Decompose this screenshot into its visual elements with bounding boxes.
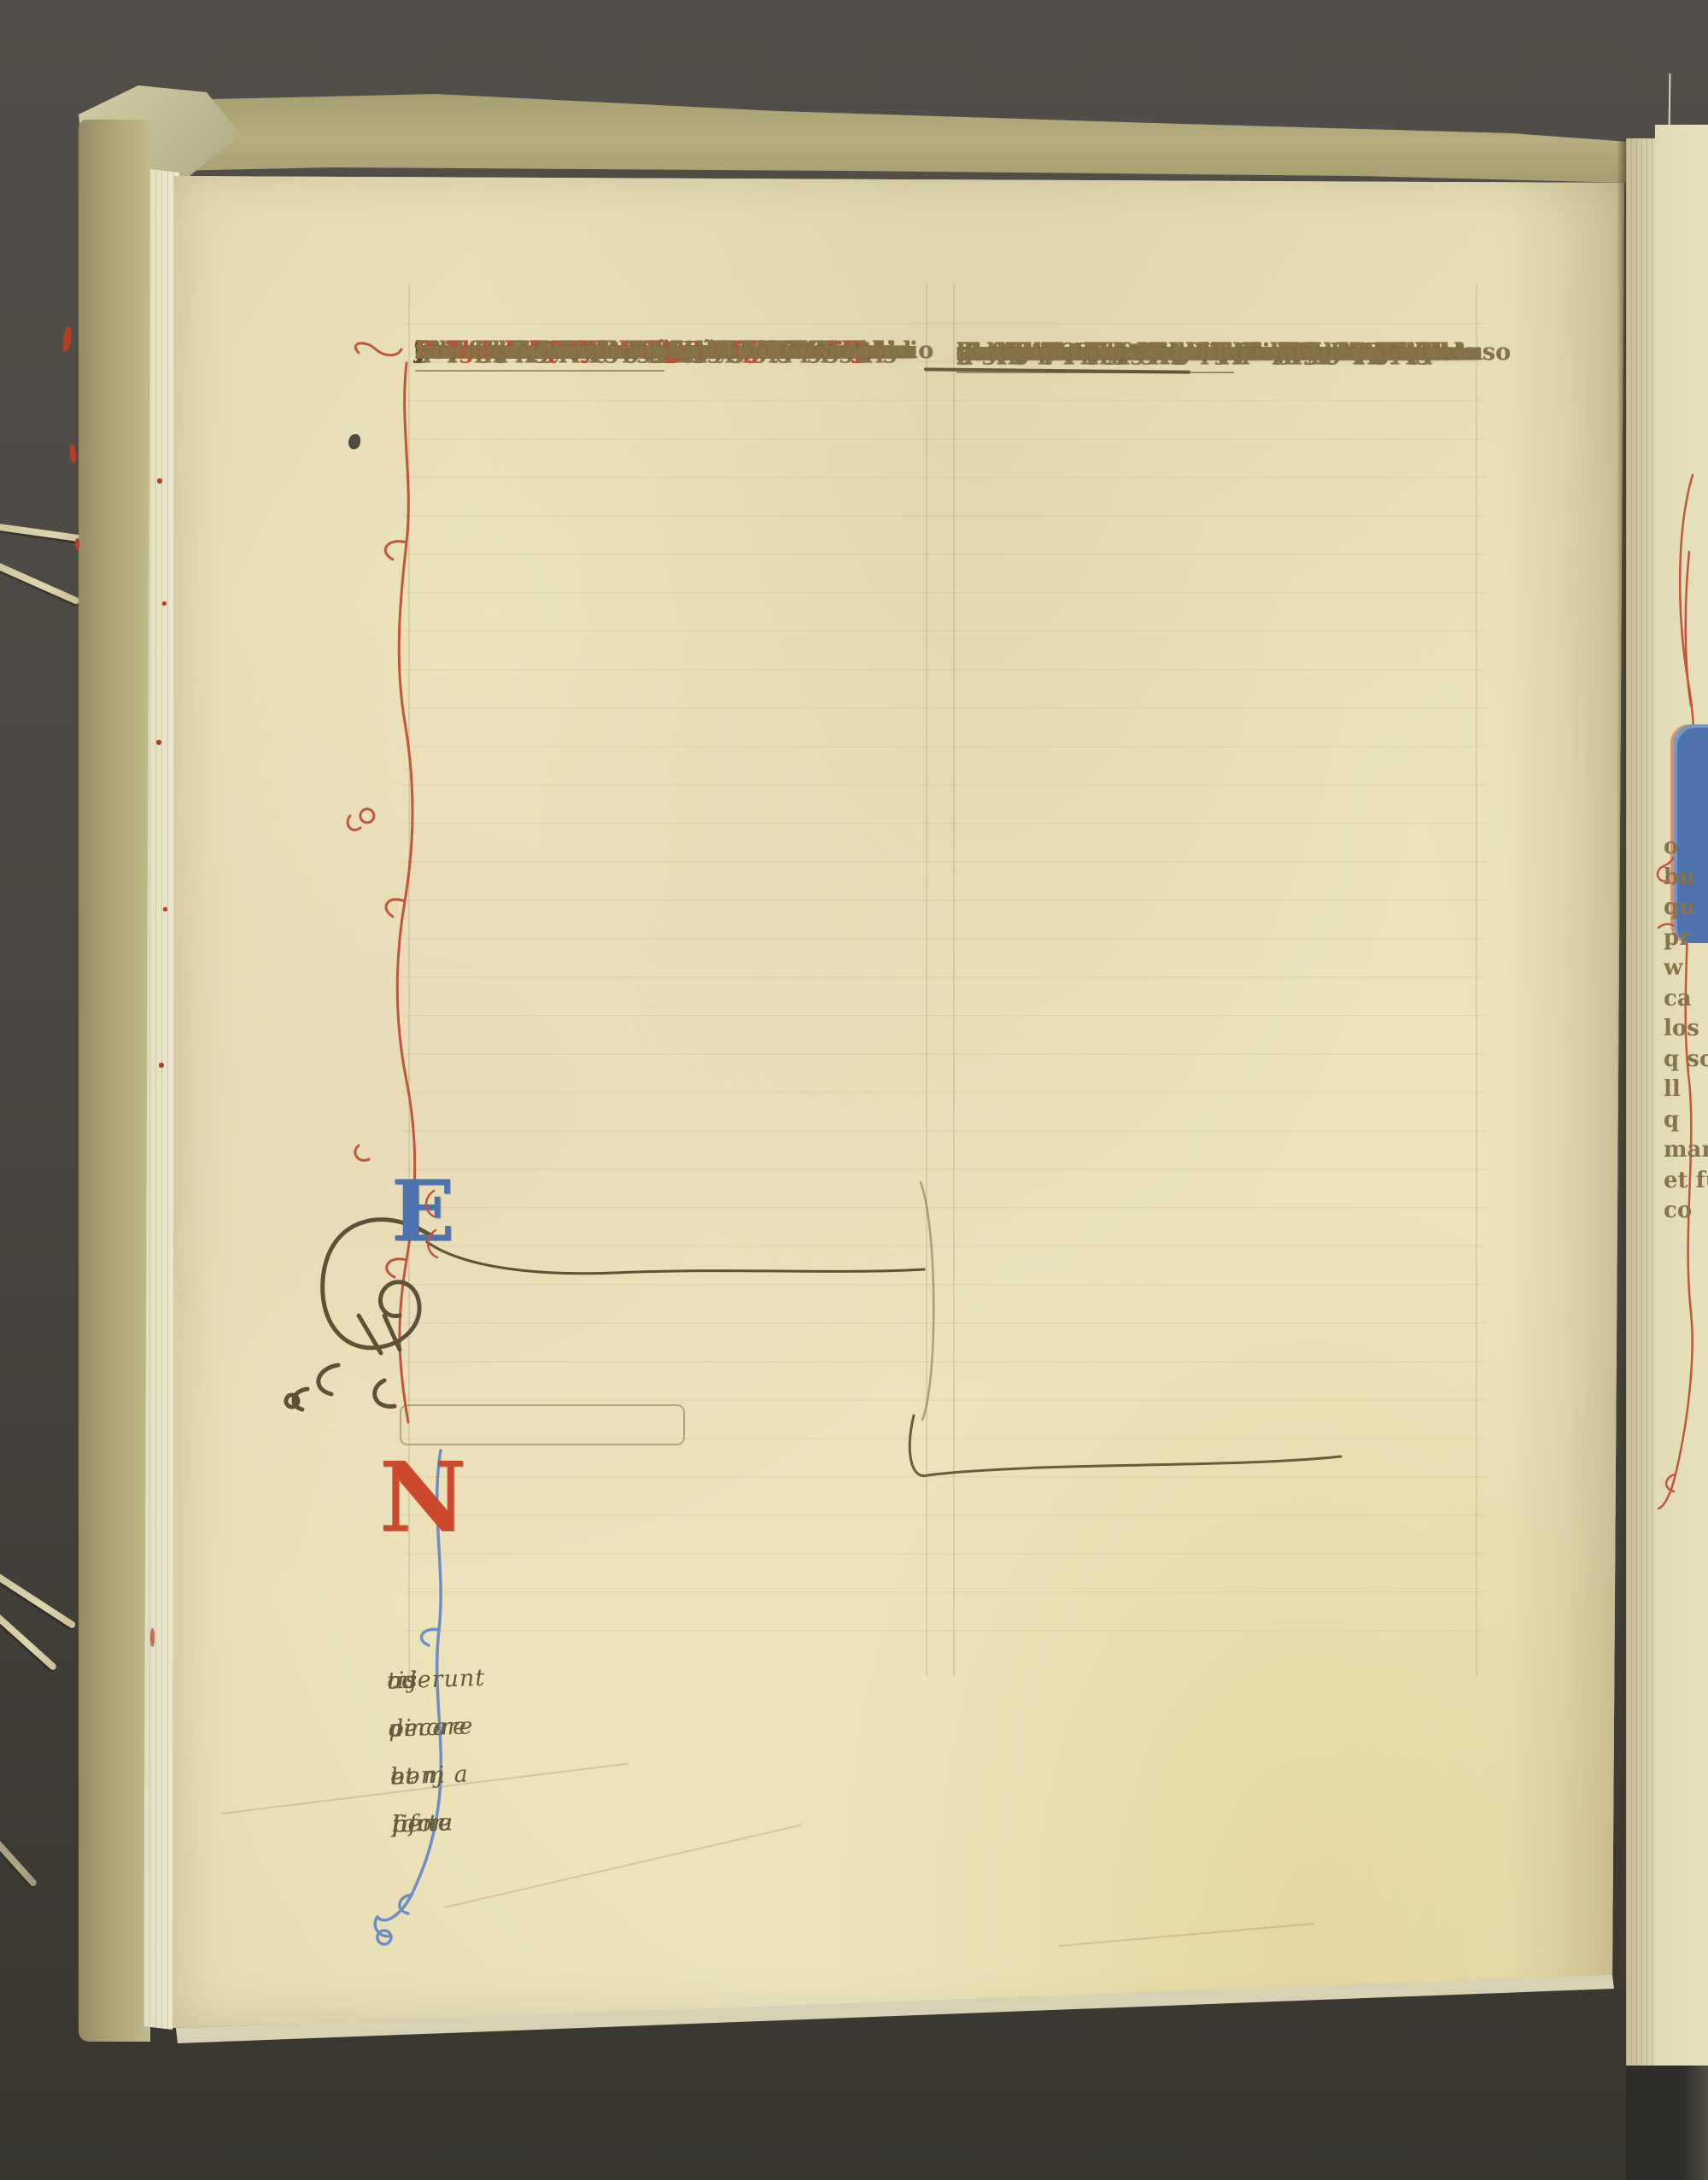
binding-tie [0,560,80,605]
red-paint-fleck [69,444,77,464]
red-paint-fleck [157,478,162,483]
red-paint-fleck [150,1628,155,1647]
initial-e-red-filigree [408,1177,459,1271]
next-folio-fore-edge [1626,138,1657,2079]
illuminated-initial-N: N [379,1450,466,1546]
folio-text-fragment: ca [1664,986,1708,1015]
folio-text-fragment: los [1664,1016,1708,1045]
bottom-right-shadow [1626,2066,1708,2180]
red-paint-fleck [75,538,79,550]
folio-text-fragment: o [1664,834,1708,863]
pen-underline-hook [888,1407,1349,1492]
folio-text-fragment: bu [1664,864,1708,894]
red-paint-fleck [163,907,167,911]
pen-box-concejo-toledo [400,1404,685,1445]
book-cover-left-edge [79,120,150,2042]
column-guide-line [1476,284,1477,1676]
red-paint-fleck [61,326,73,353]
binding-tie [0,1571,77,1630]
red-paint-fleck [159,1063,164,1068]
parchment-page: E N la psencia de sca eglia. et ante tod… [171,164,1633,2035]
folio-text-fragment: qu [1664,894,1708,923]
binding-tie [0,1610,58,1672]
folio-text-fragment: man [1664,1137,1708,1166]
text-segment: mj di ne pene [386,1656,453,1849]
red-paint-fleck [156,740,161,745]
book-cover-top-edge [77,75,1633,186]
folio-text-fragment: ll [1664,1076,1708,1105]
binding-tie [0,1836,38,1887]
text-segment: fue escripto en uno. q el fadio sera [415,331,871,370]
gutter-shading [1503,164,1633,1992]
margin-bracket [915,1177,941,1433]
next-folio-strip: obuquprwcalosq sollqmanet fuco [1655,125,1708,2081]
folio-text-fragment: q so [1664,1046,1708,1075]
parchment-crease [1059,1923,1314,1947]
folio-text-fragment: co [1664,1198,1708,1227]
manuscript-photo: E N la psencia de sca eglia. et ante tod… [0,0,1708,2180]
red-paint-fleck [162,601,167,606]
folio-text-fragment: w [1664,955,1708,984]
text-segment: tare stos nros establecimietos o los [956,333,1419,372]
parchment-crease [444,1824,802,1908]
folio-text-fragment: et fu [1664,1168,1708,1197]
folio-text-fragment: pr [1664,925,1708,954]
folio-text-fragment: q [1664,1107,1708,1136]
